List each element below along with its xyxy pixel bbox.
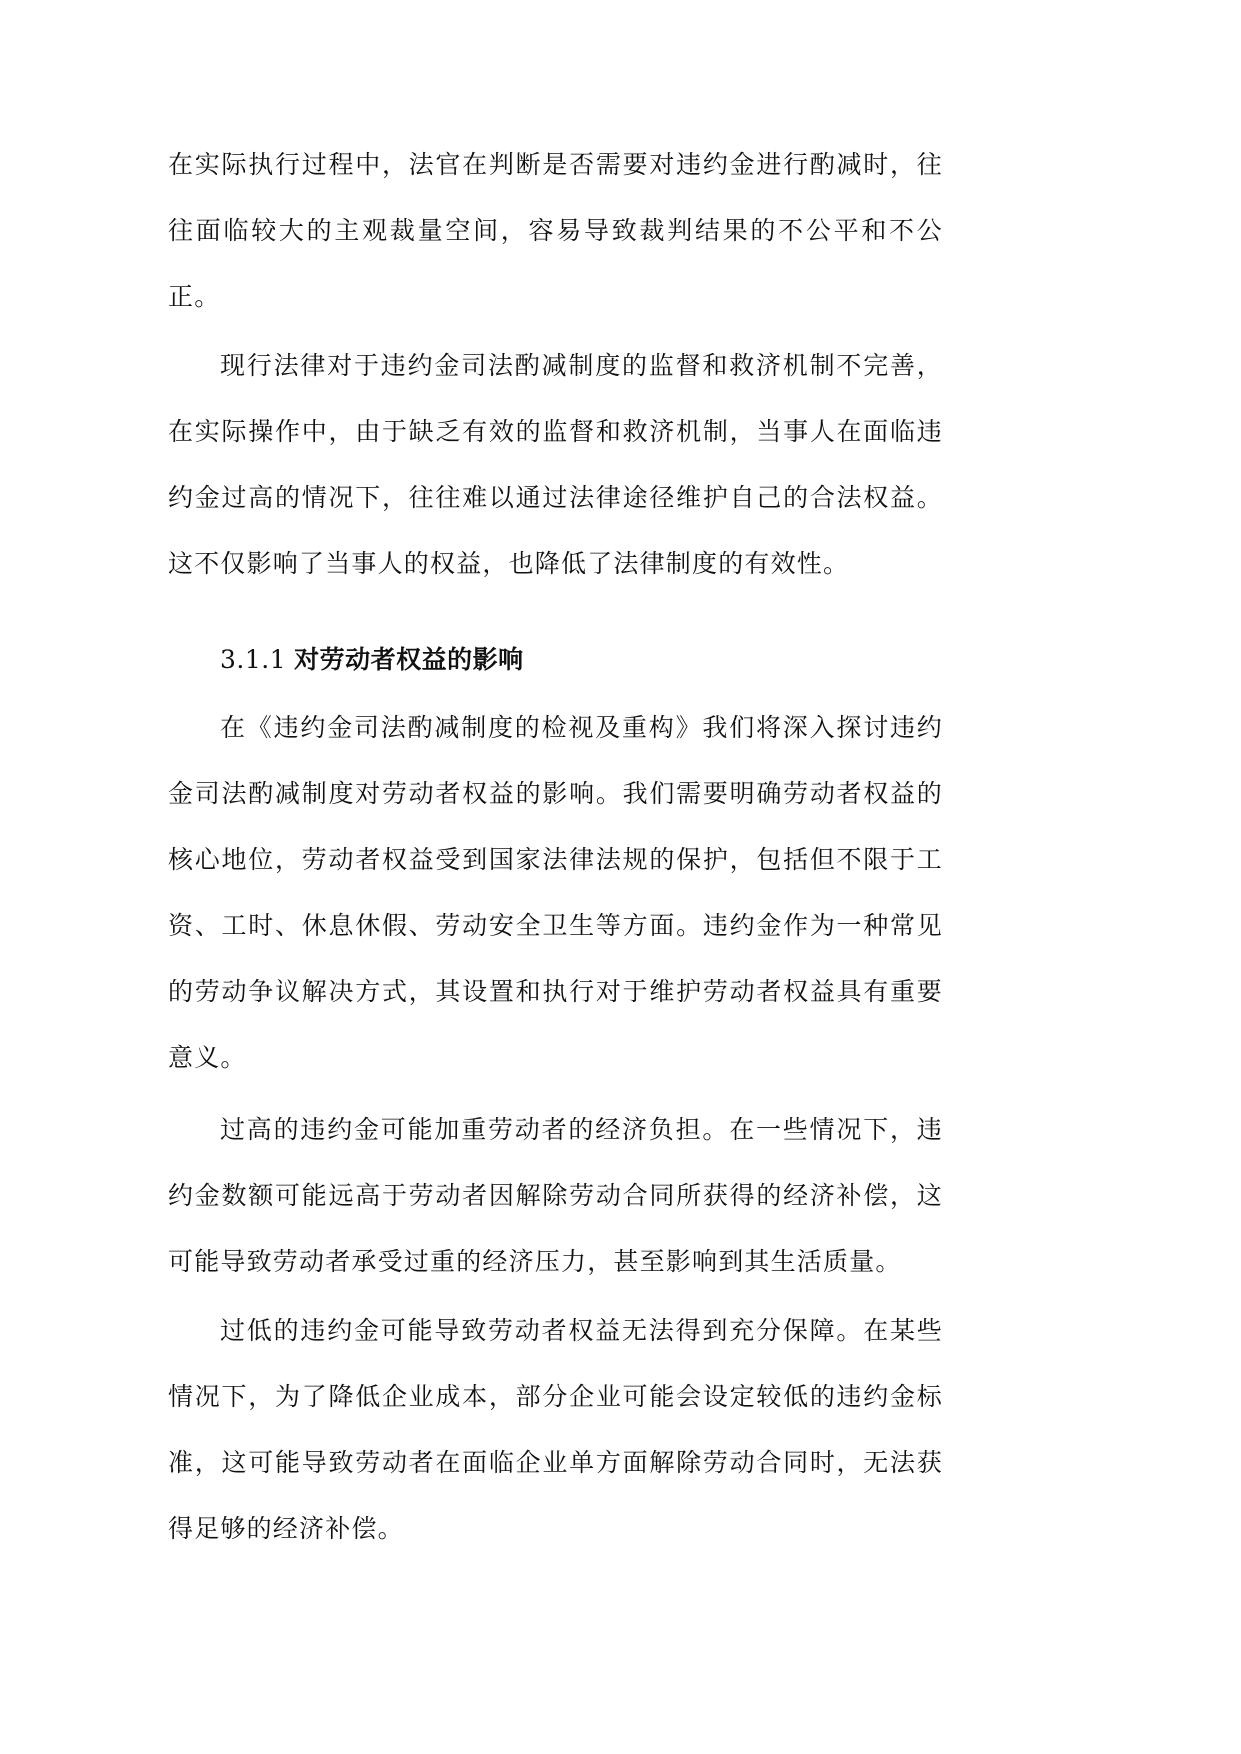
section-number: 3.1.1 xyxy=(220,645,286,674)
paragraph-supervision-mechanism: 现行法律对于违约金司法酌减制度的监督和救济机制不完善，在实际操作中，由于缺乏有效… xyxy=(168,333,943,597)
document-page: 在实际执行过程中，法官在判断是否需要对违约金进行酌减时，往往面临较大的主观裁量空… xyxy=(168,132,943,1562)
section-heading: 3.1.1对劳动者权益的影响 xyxy=(168,627,943,693)
paragraph-excessive-penalty: 过高的违约金可能加重劳动者的经济负担。在一些情况下，违约金数额可能远高于劳动者因… xyxy=(168,1097,943,1295)
paragraph-labor-rights-intro: 在《违约金司法酌减制度的检视及重构》我们将深入探讨违约金司法酌减制度对劳动者权益… xyxy=(168,695,943,1091)
section-title: 对劳动者权益的影响 xyxy=(294,645,524,674)
paragraph-insufficient-penalty: 过低的违约金可能导致劳动者权益无法得到充分保障。在某些情况下，为了降低企业成本，… xyxy=(168,1298,943,1562)
paragraph-continuation: 在实际执行过程中，法官在判断是否需要对违约金进行酌减时，往往面临较大的主观裁量空… xyxy=(168,132,943,330)
